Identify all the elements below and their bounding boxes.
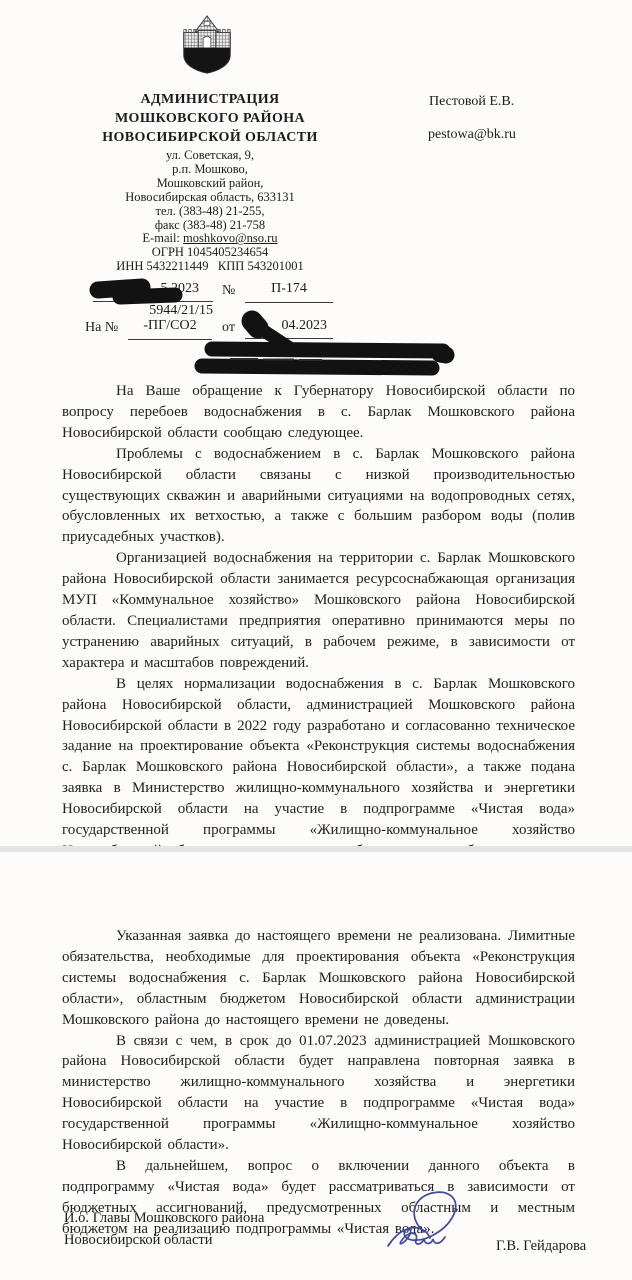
kpp-value: КПП 543201001 [218, 259, 304, 273]
letter-body-page-1: На Ваше обращение к Губернатору Новосиби… [62, 381, 575, 883]
address-line: Мошковский район, [55, 177, 365, 191]
paragraph: На Ваше обращение к Губернатору Новосиби… [62, 381, 575, 444]
org-name-line: МОШКОВСКОГО РАЙОНА [55, 109, 365, 128]
sender-address-block: ул. Советская, 9, р.п. Мошково, Мошковск… [55, 149, 365, 274]
address-line: р.п. Мошково, [55, 163, 365, 177]
handwritten-signature [378, 1188, 478, 1260]
paragraph: Указанная заявка до настоящего времени н… [62, 926, 575, 1031]
address-line: Новосибирская область, 633131 [55, 191, 365, 205]
from-label: от [222, 320, 235, 336]
inn-value: ИНН 5432211449 [116, 259, 208, 273]
signer-position: И.о. Главы Мошковского района Новосибирс… [64, 1207, 264, 1251]
incoming-date-field: 04.2023 [245, 318, 333, 339]
recipient-email: pestowa@bk.ru [428, 127, 516, 143]
phone-line: тел. (383-48) 21-255, [55, 205, 365, 219]
paragraph: Проблемы с водоснабжением в с. Барлак Мо… [62, 444, 575, 549]
paragraph: В связи с чем, в срок до 01.07.2023 адми… [62, 1031, 575, 1156]
email-label: E-mail: [142, 231, 183, 245]
letter-page-2: Указанная заявка до настоящего времени н… [0, 852, 632, 1280]
paragraph: Организацией водоснабжения на территории… [62, 548, 575, 673]
letter-body-page-2: Указанная заявка до настоящего времени н… [62, 926, 575, 1240]
organization-name: АДМИНИСТРАЦИЯ МОШКОВСКОГО РАЙОНА НОВОСИБ… [55, 90, 365, 147]
number-sign-label: № [222, 283, 235, 299]
signer-name: Г.В. Гейдарова [496, 1238, 586, 1255]
org-name-line: НОВОСИБИРСКОЙ ОБЛАСТИ [55, 128, 365, 147]
org-name-line: АДМИНИСТРАЦИЯ [55, 90, 365, 109]
incoming-ref-code: 5944/21/15 [93, 303, 213, 319]
ogrn-line: ОГРН 1045405234654 [55, 246, 365, 260]
signer-position-line: И.о. Главы Мошковского района [64, 1207, 264, 1229]
coat-of-arms-icon [176, 13, 238, 77]
outgoing-date-field: 5.2023 [93, 281, 213, 302]
fax-line: факс (383-48) 21-758 [55, 219, 365, 233]
email-line: E-mail: moshkovo@nso.ru [55, 232, 365, 246]
scanned-letter-document: АДМИНИСТРАЦИЯ МОШКОВСКОГО РАЙОНА НОВОСИБ… [0, 0, 632, 1280]
address-line: ул. Советская, 9, [55, 149, 365, 163]
letter-page-1: АДМИНИСТРАЦИЯ МОШКОВСКОГО РАЙОНА НОВОСИБ… [0, 0, 632, 846]
signer-position-line: Новосибирской области [64, 1229, 264, 1251]
on-number-label: На № [85, 320, 118, 336]
recipient-name: Пестовой Е.В. [429, 94, 514, 110]
outgoing-number-field: П-174 [245, 281, 333, 303]
inn-kpp-line: ИНН 5432211449 КПП 543201001 [55, 260, 365, 274]
sender-email-link: moshkovo@nso.ru [183, 231, 278, 245]
incoming-number-field: -ПГ/СО2 [128, 318, 212, 340]
